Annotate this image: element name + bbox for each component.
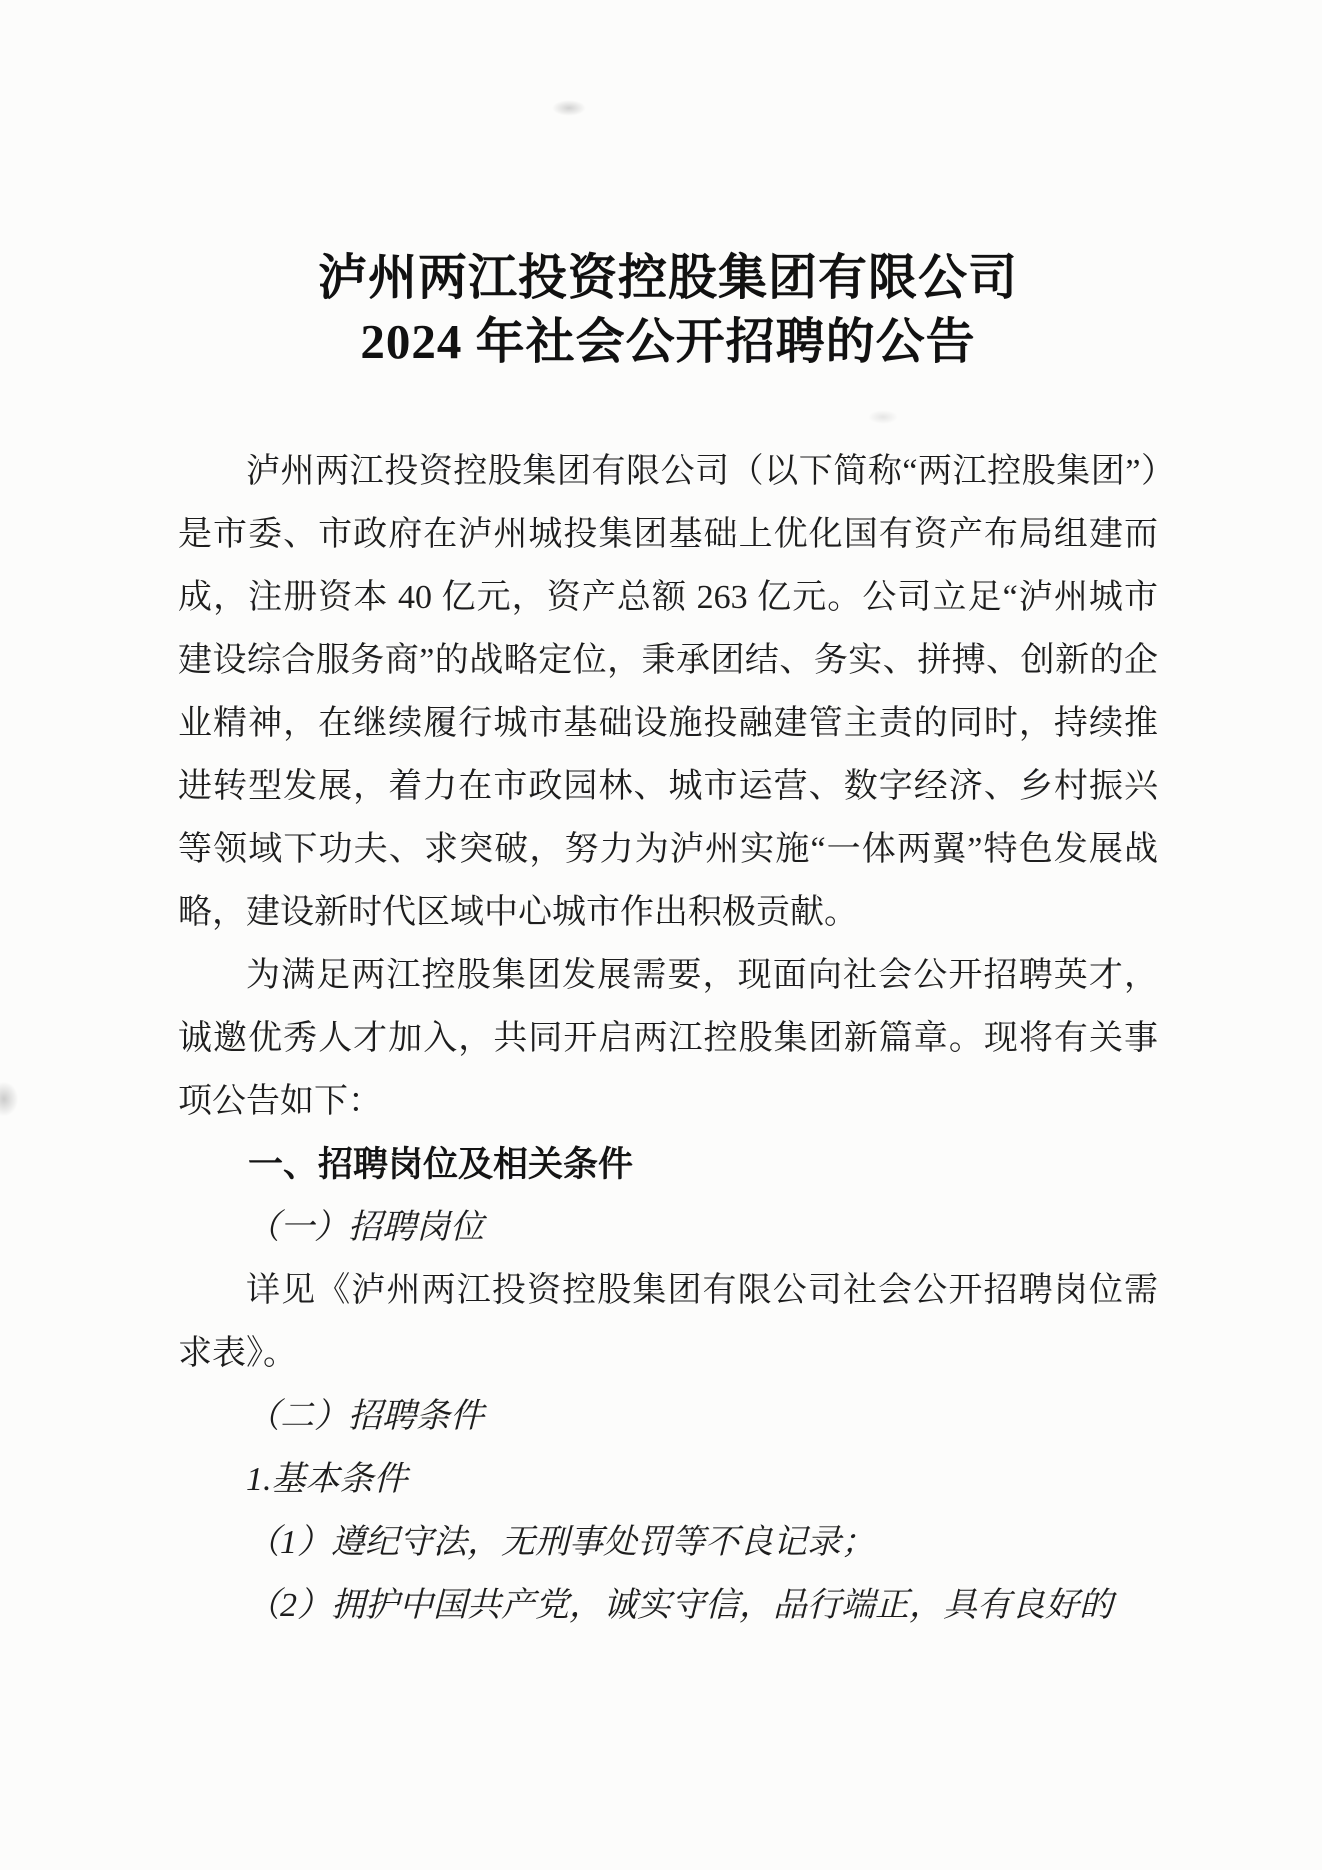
scanned-document-page: 泸州两江投资控股集团有限公司 2024 年社会公开招聘的公告 泸州两江投资控股集… <box>0 0 1322 1870</box>
document-content: 泸州两江投资控股集团有限公司 2024 年社会公开招聘的公告 泸州两江投资控股集… <box>178 246 1158 1637</box>
subsection-1-heading: （一）招聘岗位 <box>178 1196 1158 1259</box>
intro-paragraph: 泸州两江投资控股集团有限公司（以下简称“两江控股集团”）是市委、市政府在泸州城投… <box>178 440 1158 944</box>
condition-item-2: （2）拥护中国共产党，诚实守信，品行端正，具有良好的 <box>178 1574 1158 1637</box>
scan-artifact-speck <box>552 100 586 116</box>
document-body: 泸州两江投资控股集团有限公司（以下简称“两江控股集团”）是市委、市政府在泸州城投… <box>178 440 1158 1637</box>
subsection-2-heading: （二）招聘条件 <box>178 1385 1158 1448</box>
document-title-line1: 泸州两江投资控股集团有限公司 <box>178 246 1158 310</box>
basic-conditions-label: 1.基本条件 <box>178 1448 1158 1511</box>
document-title-line2: 2024 年社会公开招聘的公告 <box>178 310 1158 374</box>
condition-item-1: （1）遵纪守法，无刑事处罚等不良记录； <box>178 1511 1158 1574</box>
document-title: 泸州两江投资控股集团有限公司 2024 年社会公开招聘的公告 <box>178 246 1158 374</box>
recruitment-purpose-paragraph: 为满足两江控股集团发展需要，现面向社会公开招聘英才，诚邀优秀人才加入，共同开启两… <box>178 944 1158 1133</box>
position-reference-paragraph: 详见《泸州两江投资控股集团有限公司社会公开招聘岗位需求表》。 <box>178 1259 1158 1385</box>
section-1-heading: 一、招聘岗位及相关条件 <box>178 1133 1158 1196</box>
scan-artifact-smudge <box>0 1082 18 1116</box>
